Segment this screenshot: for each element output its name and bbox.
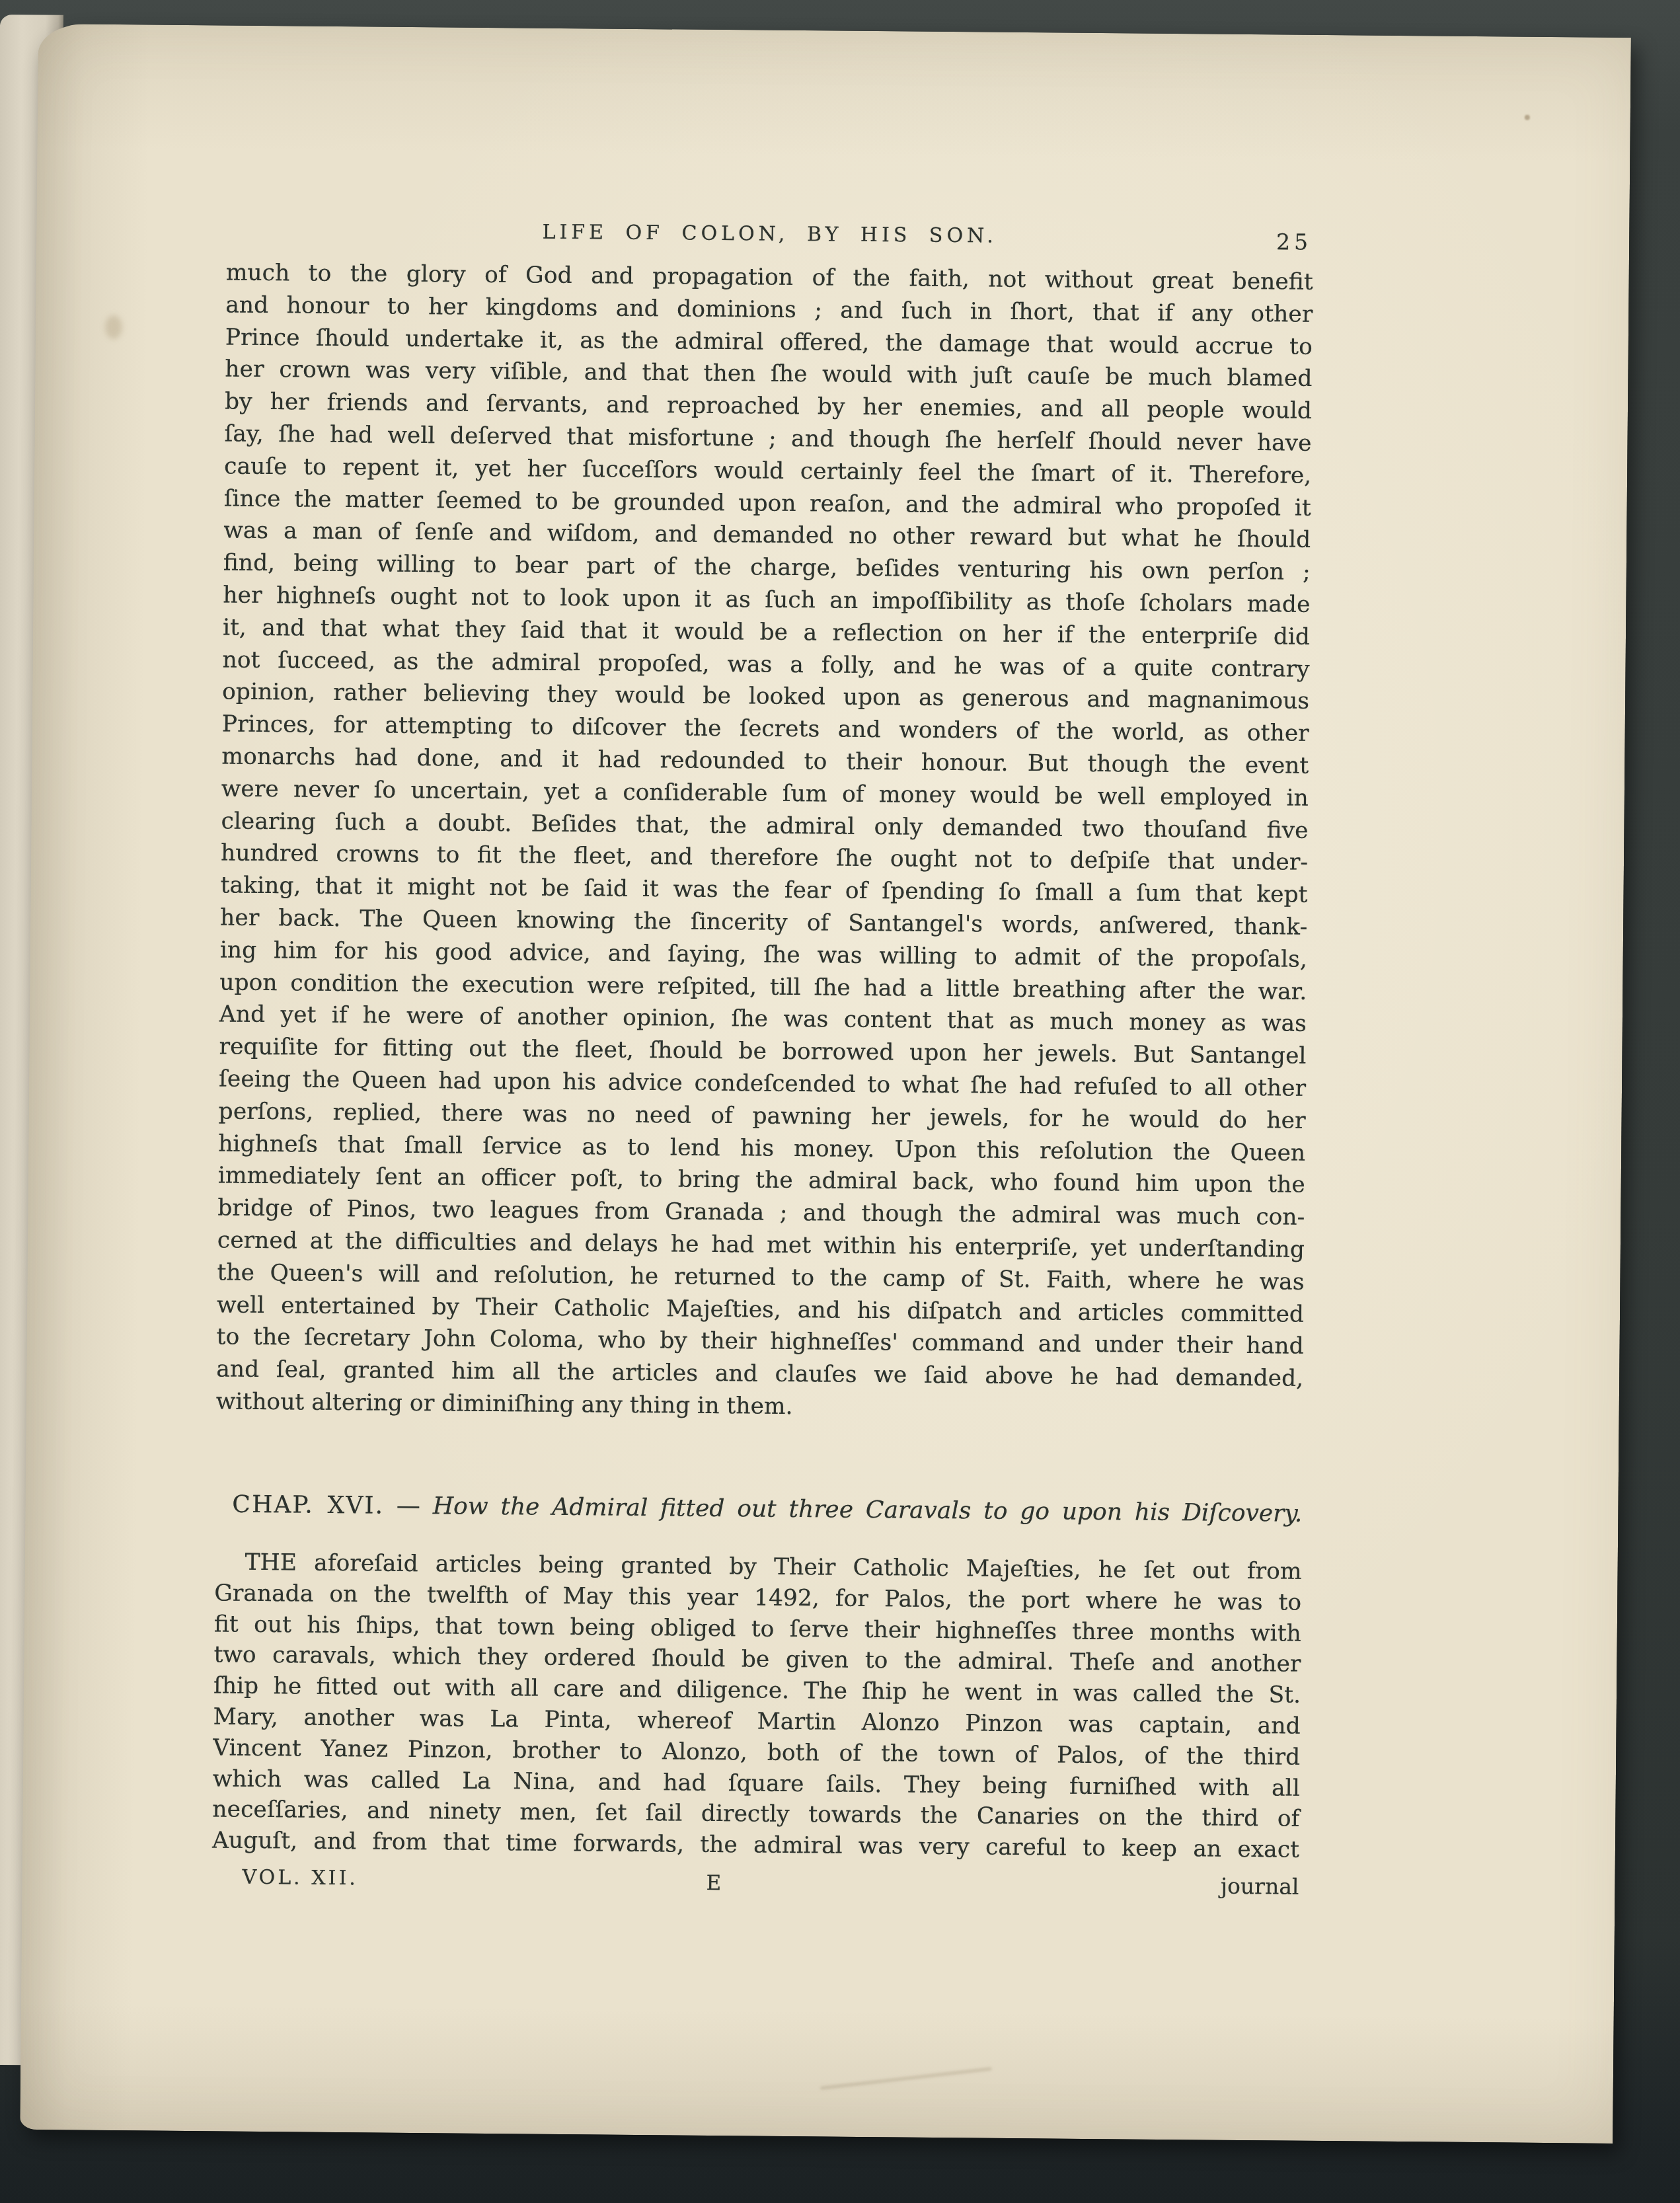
running-header-title: LIFE OF COLON, BY HIS SON. [226,217,1313,250]
paper-speck [1525,115,1530,120]
chapter-dash: — [397,1492,420,1520]
paper-speck [498,398,504,405]
chapter-heading: CHAP. XVI. — How the Admiral fitted out … [215,1490,1302,1527]
chapter-label: CHAP. XVI. [232,1491,384,1520]
paper-crease [821,2068,992,2089]
book-page: LIFE OF COLON, BY HIS SON. 25 much to th… [20,24,1631,2144]
paper-stain [105,315,122,339]
body-paragraph-1: much to the glory of God and propagation… [216,256,1313,1427]
body-paragraph-2: THE aforeſaid articles being granted by … [212,1547,1302,1865]
page-footer: VOL. XII. E journal [211,1863,1299,1905]
running-header: LIFE OF COLON, BY HIS SON. 25 [226,217,1313,257]
scanned-book-photo: { "colors": { "background_dark": "#353b3… [0,0,1680,2203]
chapter-title: How the Admiral fitted out three Caraval… [433,1492,1303,1527]
volume-label: VOL. XII. [242,1866,358,1890]
signature-mark: E [706,1871,721,1895]
page-number: 25 [1276,229,1312,254]
catchword: journal [1221,1873,1299,1900]
